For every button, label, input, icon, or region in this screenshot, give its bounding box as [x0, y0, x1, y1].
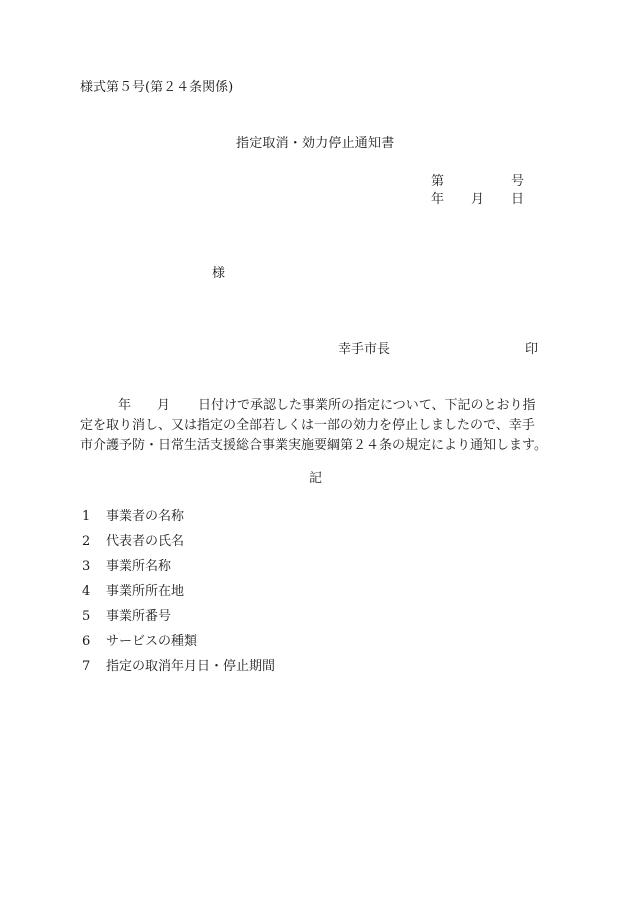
- body-line-1: 年月日付けで承認した事業所の指定について、下記のとおり指: [80, 396, 552, 416]
- date-month-label: 月: [471, 192, 484, 208]
- item-number: 2: [80, 534, 106, 559]
- form-label: 様式第５号(第２４条関係): [80, 80, 233, 96]
- item-label: 指定の取消年月日・停止期間: [106, 659, 275, 684]
- item-list: 1 事業者の名称 2 代表者の氏名 3 事業所名称 4 事業所所在地 5 事業所…: [80, 509, 275, 684]
- body-line-1-text: 日付けで承認した事業所の指定について、下記のとおり指: [198, 398, 535, 413]
- document-title: 指定取消・効力停止通知書: [236, 136, 394, 152]
- item-label: 事業所所在地: [106, 584, 184, 609]
- body-paragraph: 年月日付けで承認した事業所の指定について、下記のとおり指 定を取り消し、又は指定…: [80, 396, 552, 456]
- sender-name: 幸手市長: [338, 342, 390, 358]
- body-year-label: 年: [118, 398, 131, 413]
- item-number: 4: [80, 584, 106, 609]
- item-number: 7: [80, 659, 106, 684]
- reference-number-prefix: 第: [431, 174, 444, 190]
- item-label: 事業所名称: [106, 559, 171, 584]
- item-label: サービスの種類: [106, 634, 197, 659]
- body-month-label: 月: [157, 398, 170, 413]
- seal-mark: 印: [525, 342, 538, 358]
- list-item: 1 事業者の名称: [80, 509, 275, 534]
- item-label: 代表者の氏名: [106, 534, 184, 559]
- list-item: 3 事業所名称: [80, 559, 275, 584]
- list-item: 6 サービスの種類: [80, 634, 275, 659]
- body-line-2: 定を取り消し、又は指定の全部若しくは一部の効力を停止しましたので、幸手: [80, 416, 552, 436]
- item-number: 1: [80, 509, 106, 534]
- date-day-label: 日: [511, 192, 524, 208]
- list-item: 7 指定の取消年月日・停止期間: [80, 659, 275, 684]
- item-label: 事業所番号: [106, 609, 171, 634]
- date-year-label: 年: [431, 192, 444, 208]
- item-number: 5: [80, 609, 106, 634]
- item-label: 事業者の名称: [106, 509, 184, 534]
- body-line-3: 市介護予防・日常生活支援総合事業実施要綱第２４条の規定により通知します。: [80, 436, 552, 456]
- item-number: 3: [80, 559, 106, 584]
- addressee-honorific: 様: [212, 266, 225, 282]
- reference-number-suffix: 号: [511, 174, 524, 190]
- list-item: 4 事業所所在地: [80, 584, 275, 609]
- ki-heading: 記: [309, 471, 322, 487]
- list-item: 2 代表者の氏名: [80, 534, 275, 559]
- item-number: 6: [80, 634, 106, 659]
- list-item: 5 事業所番号: [80, 609, 275, 634]
